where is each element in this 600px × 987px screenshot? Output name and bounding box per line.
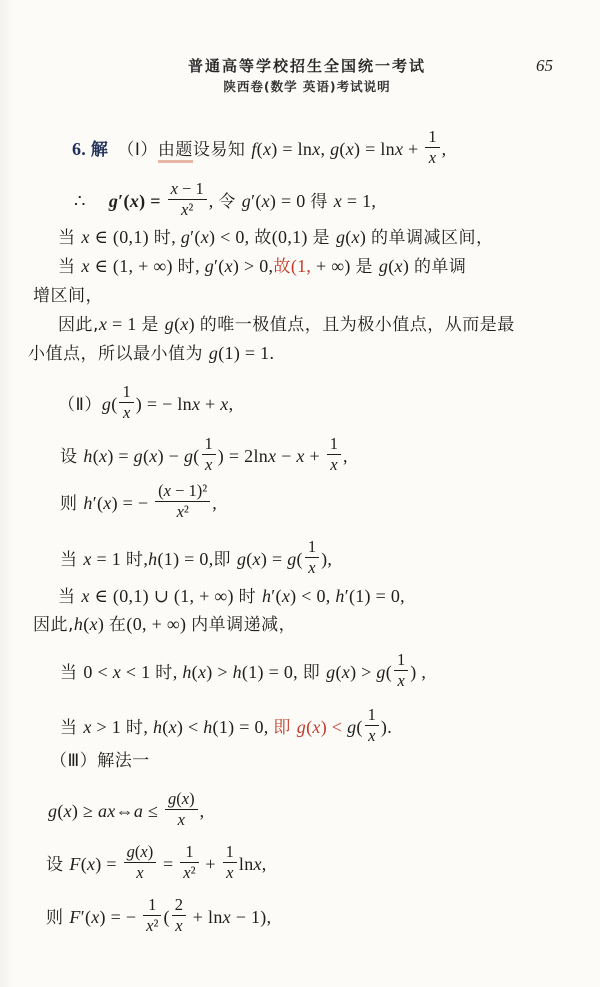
- chinese-text: 故: [273, 257, 291, 277]
- math-text: ∴: [74, 191, 109, 211]
- math-text: ) = 2lnx − x +: [218, 446, 325, 466]
- solution-line-14: 当 0 < x < 1 时, h(x) > h(1) = 0, 即 g(x) >…: [60, 653, 426, 693]
- math-text: ,: [212, 493, 217, 513]
- fraction: 1x: [119, 383, 133, 423]
- math-text: ) ,: [410, 662, 426, 682]
- chinese-text: 即: [214, 550, 237, 570]
- math-text: h(x): [74, 614, 109, 634]
- chinese-text: 因此,: [58, 315, 99, 335]
- page-number: 65: [536, 56, 553, 76]
- chinese-text: 是: [313, 228, 336, 248]
- math-text: x > 1: [83, 717, 125, 737]
- math-text: x = 1,: [334, 191, 376, 211]
- math-text: ,: [209, 191, 219, 211]
- math-text: x = 1: [99, 314, 141, 334]
- chinese-text: 时: [126, 550, 144, 570]
- chinese-text: 得: [310, 192, 333, 212]
- solution-line-3: 当 x ∈ (0,1) 时, g′(x) < 0, 故(0,1) 是 g(x) …: [58, 224, 493, 251]
- chinese-text: 的单调减区间，: [371, 228, 494, 248]
- solution-line-12: 当 x ∈ (0,1) ∪ (1, + ∞) 时 h′(x) < 0, h′(1…: [58, 583, 405, 610]
- math-text: g(x) <: [297, 717, 347, 737]
- math-text: ,: [343, 446, 348, 466]
- chinese-text: 的唯一极值点，且为极小值点，从而是最: [200, 315, 515, 335]
- math-text: lnx,: [239, 854, 267, 874]
- chinese-text: 增区间，: [33, 286, 103, 306]
- math-text: ),: [321, 549, 332, 569]
- math-text: (: [163, 907, 169, 927]
- math-text: 6.: [72, 139, 91, 159]
- math-text: ,: [200, 801, 205, 821]
- math-text: g′(x) = 0: [242, 191, 311, 211]
- fraction: x − 1x²: [168, 180, 207, 220]
- chinese-text: 的单调: [414, 257, 467, 277]
- chinese-text: 当: [58, 587, 81, 607]
- chinese-text: 时: [178, 257, 196, 277]
- chinese-text: 内单调递减，: [191, 615, 296, 635]
- math-text: ,: [442, 139, 447, 159]
- math-text: g(x) ≥ ax⇔a ≤: [48, 801, 163, 821]
- math-text: g(x): [379, 256, 414, 276]
- fraction: 1x: [327, 435, 341, 475]
- chinese-text: 时: [155, 663, 173, 683]
- chinese-text: 小值点，所以最小值为: [28, 344, 209, 364]
- math-text: =: [158, 854, 178, 874]
- fraction: g(x)x: [124, 843, 157, 883]
- math-text: , g′(x) > 0,: [195, 256, 273, 276]
- chinese-text: 因此,: [33, 615, 74, 635]
- chinese-text: 即: [303, 663, 326, 683]
- math-text: x ∈ (0,1) ∪ (1, + ∞): [81, 586, 238, 606]
- math-text: ,h(1) = 0,: [143, 549, 213, 569]
- chinese-text: （Ⅲ）解法一: [50, 751, 150, 771]
- chinese-text: 时: [126, 718, 144, 738]
- chinese-text: （Ⅱ）: [58, 395, 102, 415]
- fraction: g(x)x: [165, 790, 198, 830]
- math-text: ) = − lnx + x,: [136, 394, 234, 414]
- page-header-subtitle: 陕西卷(数学 英语)考试说明: [14, 77, 600, 95]
- math-text: (0, + ∞): [126, 614, 191, 634]
- fraction: 1x: [223, 843, 237, 883]
- fraction: 1x: [305, 538, 319, 578]
- math-text: , h(x) < h(1) = 0,: [143, 717, 273, 737]
- chinese-text: 时: [154, 228, 172, 248]
- chinese-text: 故: [254, 228, 272, 248]
- chinese-text: 解: [91, 140, 109, 160]
- fraction: 1x: [365, 706, 379, 746]
- math-text: h(x) = g(x) − g(: [83, 446, 199, 466]
- solution-line-15: 当 x > 1 时, h(x) < h(1) = 0, 即 g(x) < g(1…: [60, 708, 392, 748]
- solution-line-6: 因此,x = 1 是 g(x) 的唯一极值点，且为极小值点，从而是最: [58, 311, 515, 338]
- solution-line-17: g(x) ≥ ax⇔a ≤ g(x)x,: [48, 792, 204, 832]
- math-text: (0,1): [272, 227, 313, 247]
- chinese-text: 设易知: [193, 140, 251, 160]
- math-text: , g′(x) < 0,: [171, 227, 254, 247]
- fraction: 1x: [394, 651, 408, 691]
- math-text: , h(x) > h(1) = 0,: [173, 662, 303, 682]
- math-text: +: [201, 854, 221, 874]
- solution-line-11: 当 x = 1 时,h(1) = 0,即 g(x) = g(1x),: [60, 540, 332, 580]
- chinese-text: 设: [46, 855, 69, 875]
- math-text: g(1) = 1.: [209, 343, 274, 363]
- math-text: + ∞): [311, 256, 355, 276]
- math-text: g(: [102, 394, 118, 414]
- math-text: g(: [347, 717, 363, 737]
- math-text: g(x): [336, 227, 371, 247]
- chinese-text: 则: [60, 494, 83, 514]
- solution-line-10: 则 h′(x) = − (x − 1)²x²,: [60, 484, 217, 524]
- math-text: g(x) > g(: [326, 662, 392, 682]
- math-text: F(x) =: [69, 854, 121, 874]
- fraction: (x − 1)²x²: [155, 482, 210, 522]
- chinese-text: 即: [273, 718, 296, 738]
- math-text: x ∈ (1, + ∞): [81, 256, 177, 276]
- scanned-exam-solution-page: 普通高等学校招生全国统一考试 陕西卷(数学 英语)考试说明 65 6. 解 （Ⅰ…: [0, 0, 600, 987]
- math-text: (1,: [291, 256, 311, 276]
- solution-line-9: 设 h(x) = g(x) − g(1x) = 2lnx − x + 1x,: [60, 437, 348, 477]
- math-text: g(x): [165, 314, 200, 334]
- chinese-text: 当: [60, 550, 83, 570]
- chinese-text: 令: [218, 192, 241, 212]
- page-header-title: 普通高等学校招生全国统一考试: [14, 55, 600, 76]
- chinese-text: 当: [60, 663, 83, 683]
- chinese-text: （Ⅰ）: [108, 140, 158, 160]
- chinese-text: 当: [58, 257, 81, 277]
- solution-line-1: 6. 解 （Ⅰ）由题设易知 f(x) = lnx, g(x) = lnx + 1…: [72, 130, 446, 170]
- solution-line-4: 当 x ∈ (1, + ∞) 时, g′(x) > 0,故(1, + ∞) 是 …: [58, 253, 466, 280]
- solution-line-16: （Ⅲ）解法一: [50, 748, 150, 774]
- math-text: h′(x) = −: [83, 493, 153, 513]
- solution-line-7: 小值点，所以最小值为 g(1) = 1.: [28, 340, 274, 367]
- solution-line-5: 增区间，: [33, 283, 103, 309]
- math-text: x ∈ (0,1): [81, 227, 153, 247]
- math-text: f(x) = lnx, g(x) = lnx +: [251, 139, 423, 159]
- math-text: F′(x) = −: [69, 907, 141, 927]
- fraction: 2x: [172, 896, 186, 936]
- math-text: g′(x) =: [109, 191, 166, 211]
- chinese-text: 设: [60, 447, 83, 467]
- math-text: + lnx − 1),: [188, 907, 271, 927]
- chinese-text: 由题: [158, 140, 193, 160]
- math-text: ).: [381, 717, 392, 737]
- math-text: g(x) = g(: [237, 549, 303, 569]
- chinese-text: 在: [109, 615, 127, 635]
- chinese-text: 是: [141, 315, 164, 335]
- solution-line-18: 设 F(x) = g(x)x = 1x² + 1xlnx,: [46, 845, 267, 885]
- fraction: 1x: [202, 435, 216, 475]
- chinese-text: 时: [239, 587, 262, 607]
- fraction: 1x²: [143, 896, 161, 936]
- solution-line-8: （Ⅱ）g(1x) = − lnx + x,: [58, 385, 233, 425]
- chinese-text: 则: [46, 908, 69, 928]
- solution-line-13: 因此,h(x) 在(0, + ∞) 内单调递减，: [33, 611, 296, 638]
- solution-line-19: 则 F′(x) = − 1x²(2x + lnx − 1),: [46, 898, 271, 938]
- chinese-text: 是: [356, 257, 379, 277]
- fraction: 1x²: [180, 843, 198, 883]
- solution-line-2: ∴ g′(x) = x − 1x², 令 g′(x) = 0 得 x = 1,: [74, 182, 376, 222]
- chinese-text: 当: [60, 718, 83, 738]
- math-text: 0 < x < 1: [83, 662, 155, 682]
- chinese-text: 当: [58, 228, 81, 248]
- math-text: h′(x) < 0, h′(1) = 0,: [262, 586, 405, 606]
- fraction: 1x: [425, 128, 439, 168]
- math-text: x = 1: [83, 549, 125, 569]
